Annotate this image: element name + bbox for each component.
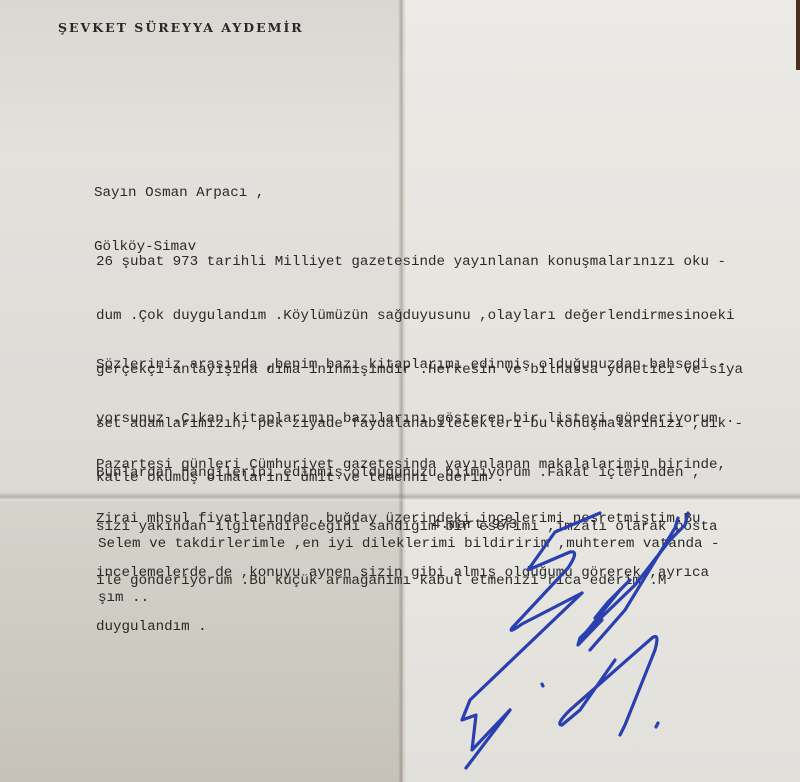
- text-line: Sözleriniz arasında ,benim bazı kitaplar…: [96, 356, 735, 374]
- addressee-name: Sayın Osman Arpacı ,: [94, 184, 264, 202]
- text-line: Pazartesi günleri Cümhuriyet gazetesinda…: [96, 456, 726, 474]
- text-line: 26 şubat 973 tarihli Milliyet gazetesind…: [96, 253, 743, 271]
- signature-icon: [430, 510, 710, 782]
- letter-page: ŞEVKET SÜREYYA AYDEMİR Sayın Osman Arpac…: [0, 0, 800, 782]
- letterhead: ŞEVKET SÜREYYA AYDEMİR: [58, 20, 304, 35]
- background-edge: [796, 0, 800, 70]
